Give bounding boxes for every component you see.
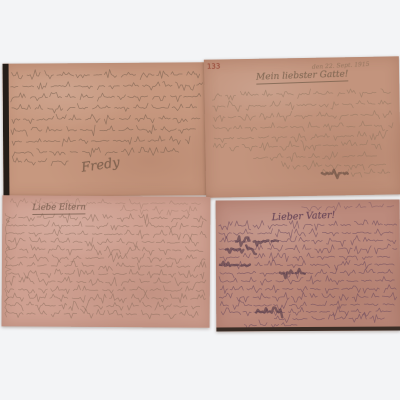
greeting-text: Liebe Eltern bbox=[32, 203, 86, 214]
postcard-top-right: 133 den 22. Sept. 1915 Mein liebster Gat… bbox=[204, 56, 400, 197]
handwriting-strokes bbox=[2, 195, 211, 327]
postcard-top-left: Fredy bbox=[3, 62, 207, 196]
handwriting-strokes bbox=[3, 62, 207, 196]
postcard-bottom-right: Lieber Vater! bbox=[216, 200, 400, 332]
card-shadow-edge bbox=[216, 327, 400, 332]
postcard-bottom-left: Liebe Eltern bbox=[2, 195, 211, 327]
corner-number: 133 bbox=[207, 63, 220, 70]
postcard-photo: Fredy 133 den 22. Sept. 1915 Mein liebst… bbox=[0, 0, 400, 400]
card-heading: Lieber Vater! bbox=[272, 211, 336, 223]
